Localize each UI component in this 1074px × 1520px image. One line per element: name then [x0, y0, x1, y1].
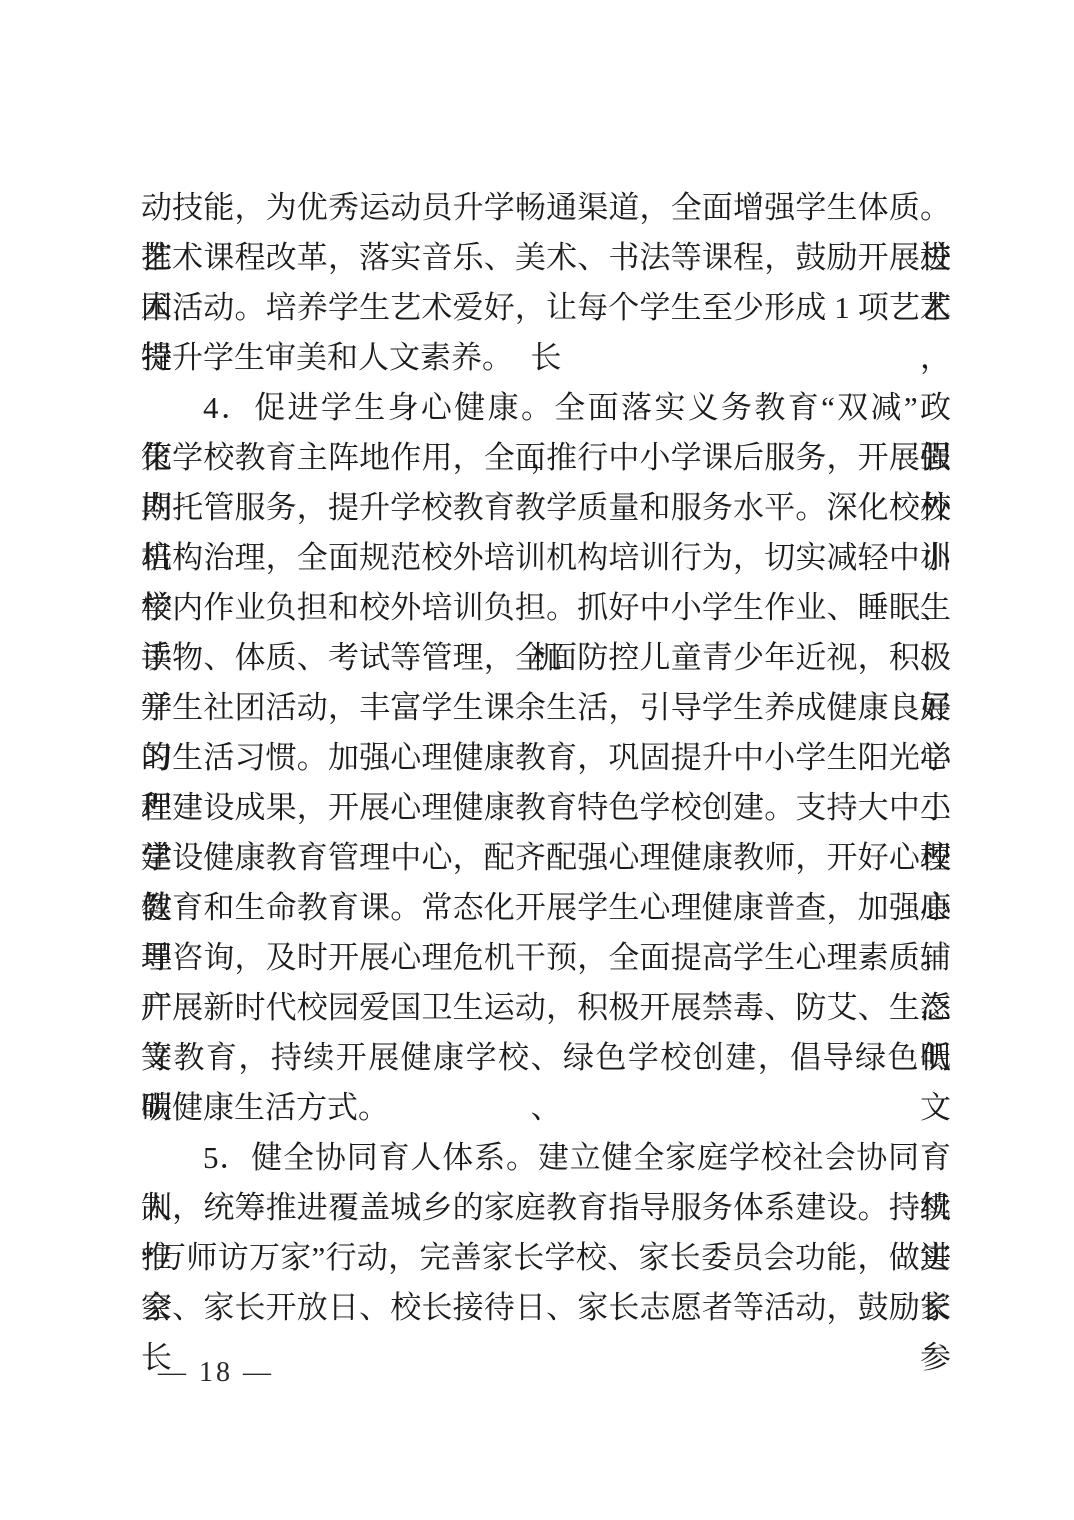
text-line: 学生社团活动，丰富学生课余生活，引导学生养成健康良好的学 [141, 683, 951, 733]
text-line: 校内作业负担和校外培训负担。抓好中小学生作业、睡眠、手机、 [141, 583, 951, 633]
text-line: 制，统筹推进覆盖城乡的家庭教育指导服务体系建设。持续推进 [141, 1183, 951, 1233]
text-line: 读物、体质、考试等管理，全面防控儿童青少年近视，积极开展 [141, 633, 951, 683]
text-line: 会、家长开放日、校长接待日、家长志愿者等活动，鼓励家长参 [141, 1283, 951, 1333]
text-line: 术活动。培养学生艺术爱好，让每个学生至少形成 1 项艺术特长， [141, 283, 951, 333]
text-line: 教育和生命教育课。常态化开展学生心理健康普查，加强心理辅 [141, 883, 951, 933]
text-line: 4．促进学生身心健康。全面落实义务教育“双减”政策，强 [141, 383, 951, 433]
text-line: 艺术课程改革，落实音乐、美术、书法等课程，鼓励开展校园艺 [141, 233, 951, 283]
text-line: 导咨询，及时开展心理危机干预，全面提高学生心理素质。广泛 [141, 933, 951, 983]
text-line: 开展新时代校园爱国卫生运动，积极开展禁毒、防艾、生态文明 [141, 983, 951, 1033]
text-line: 程建设成果，开展心理健康教育特色学校创建。支持大中小学校 [141, 783, 951, 833]
text-line: 建设健康教育管理中心，配齐配强心理健康教师，开好心理健康 [141, 833, 951, 883]
text-line: 习生活习惯。加强心理健康教育，巩固提升中小学生阳光心理工 [141, 733, 951, 783]
text-line: 动技能，为优秀运动员升学畅通渠道，全面增强学生体质。推进 [141, 183, 951, 233]
document-body: 动技能，为优秀运动员升学畅通渠道，全面增强学生体质。推进艺术课程改革，落实音乐、… [141, 183, 951, 1333]
text-line: 等教育，持续开展健康学校、绿色学校创建，倡导绿色低碳、文 [141, 1033, 951, 1083]
text-line: “万师访万家”行动，完善家长学校、家长委员会功能，做实家长 [141, 1233, 951, 1283]
text-line: 内托管服务，提升学校教育教学质量和服务水平。深化校外培训 [141, 483, 951, 533]
page-number: — 18 — [158, 1355, 274, 1391]
text-line: 化学校教育主阵地作用，全面推行中小学课后服务，开展假期校 [141, 433, 951, 483]
text-line: 机构治理，全面规范校外培训机构培训行为，切实减轻中小学生 [141, 533, 951, 583]
document-page: 动技能，为优秀运动员升学畅通渠道，全面增强学生体质。推进艺术课程改革，落实音乐、… [0, 0, 1074, 1520]
text-line: 5．健全协同育人体系。建立健全家庭学校社会协同育人机 [141, 1133, 951, 1183]
